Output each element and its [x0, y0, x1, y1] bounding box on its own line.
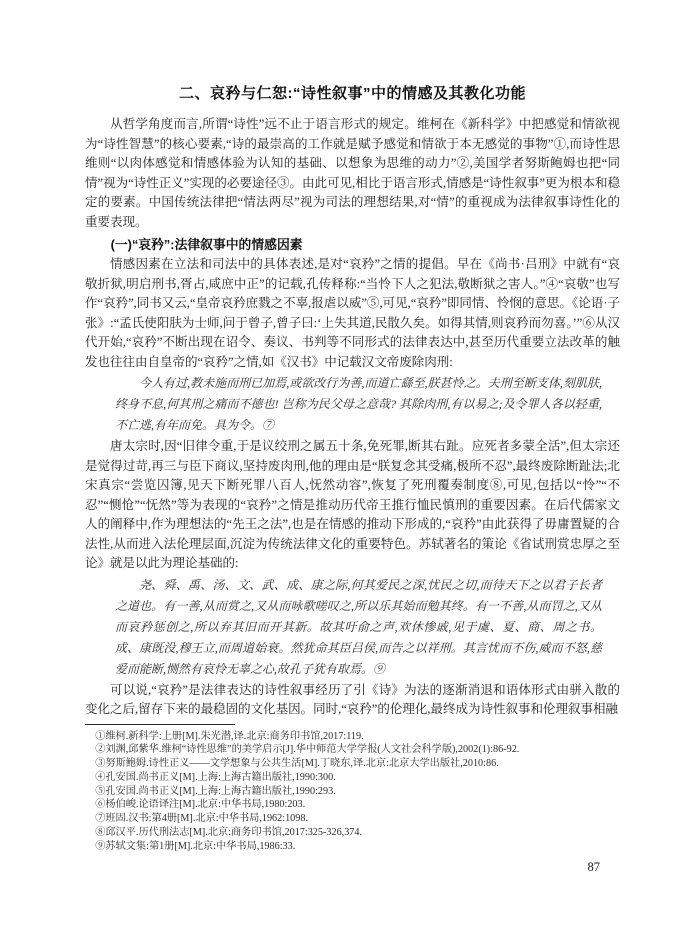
footnote-2: ②刘渊,邱紫华.维柯“诗性思维”的美学启示[J].华中师范大学学报(人文社会科学…	[85, 743, 620, 757]
footnote-8: ⑧邱汉平.历代刑法志[M].北京:商务印书馆,2017:325-326,374.	[85, 826, 620, 840]
footnote-4: ④孔安国.尚书正义[M].上海:上海古籍出版社,1990:300.	[85, 771, 620, 785]
paragraph-tang-taizong: 唐太宗时,因“旧律令重,于是议绞刑之属五十条,免死罪,断其右趾。应死者多蒙全活”…	[85, 437, 620, 574]
section-heading-aijin: (一)“哀矜”:法律叙事中的情感因素	[85, 234, 620, 253]
block-quote-sushi: 尧、舜、禹、汤、文、武、成、康之际,何其爱民之深,忧民之切,而待天下之以君子长者…	[115, 575, 602, 680]
footnotes-section: ①维柯.新科学:上册[M].朱光潜,译.北京:商务印书馆,2017:119. ②…	[85, 724, 620, 854]
footnote-7: ⑦班固.汉书:第4册[M].北京:中华书局,1962:1098.	[85, 812, 620, 826]
document-page: 二、哀矜与仁恕:“诗性叙事”中的情感及其教化功能 从哲学角度而言,所谓“诗性”远…	[0, 0, 700, 943]
paragraph-emotion-factor: 情感因素在立法和司法中的具体表述,是对“哀矜”之情的提倡。早在《尚书·吕刑》中就…	[85, 255, 620, 372]
footnote-9: ⑨苏轼文集:第1册[M].北京:中华书局,1986:33.	[85, 840, 620, 854]
block-quote-hanshu: 今人有过,教未施而刑已加焉,或欲改行为善,而道亡繇至,朕甚怜之。夫刑至断支体,刻…	[115, 373, 602, 436]
paragraph-conclusion: 可以说,“哀矜”是法律表达的诗性叙事经历了引《诗》为法的逐渐消退和语体形式由骈入…	[85, 681, 620, 720]
page-number: 87	[588, 860, 601, 875]
footnote-list: ①维柯.新科学:上册[M].朱光潜,译.北京:商务印书馆,2017:119. ②…	[85, 730, 620, 854]
footnote-5: ⑤孔安国.尚书正义[M].上海:上海古籍出版社,1990:293.	[85, 785, 620, 799]
footnote-1: ①维柯.新科学:上册[M].朱光潜,译.北京:商务印书馆,2017:119.	[85, 730, 620, 744]
page-title: 二、哀矜与仁恕:“诗性叙事”中的情感及其教化功能	[85, 82, 620, 103]
footnote-6: ⑥杨伯峻.论语译注[M].北京:中华书局,1980:203.	[85, 798, 620, 812]
footnote-3: ③努斯鲍姆.诗性正义——文学想象与公共生活[M].丁晓东,译.北京:北京大学出版…	[85, 757, 620, 771]
footnote-divider	[85, 724, 235, 725]
paragraph-intro: 从哲学角度而言,所谓“诗性”远不止于语言形式的规定。维柯在《新科学》中把感觉和情…	[85, 115, 620, 232]
